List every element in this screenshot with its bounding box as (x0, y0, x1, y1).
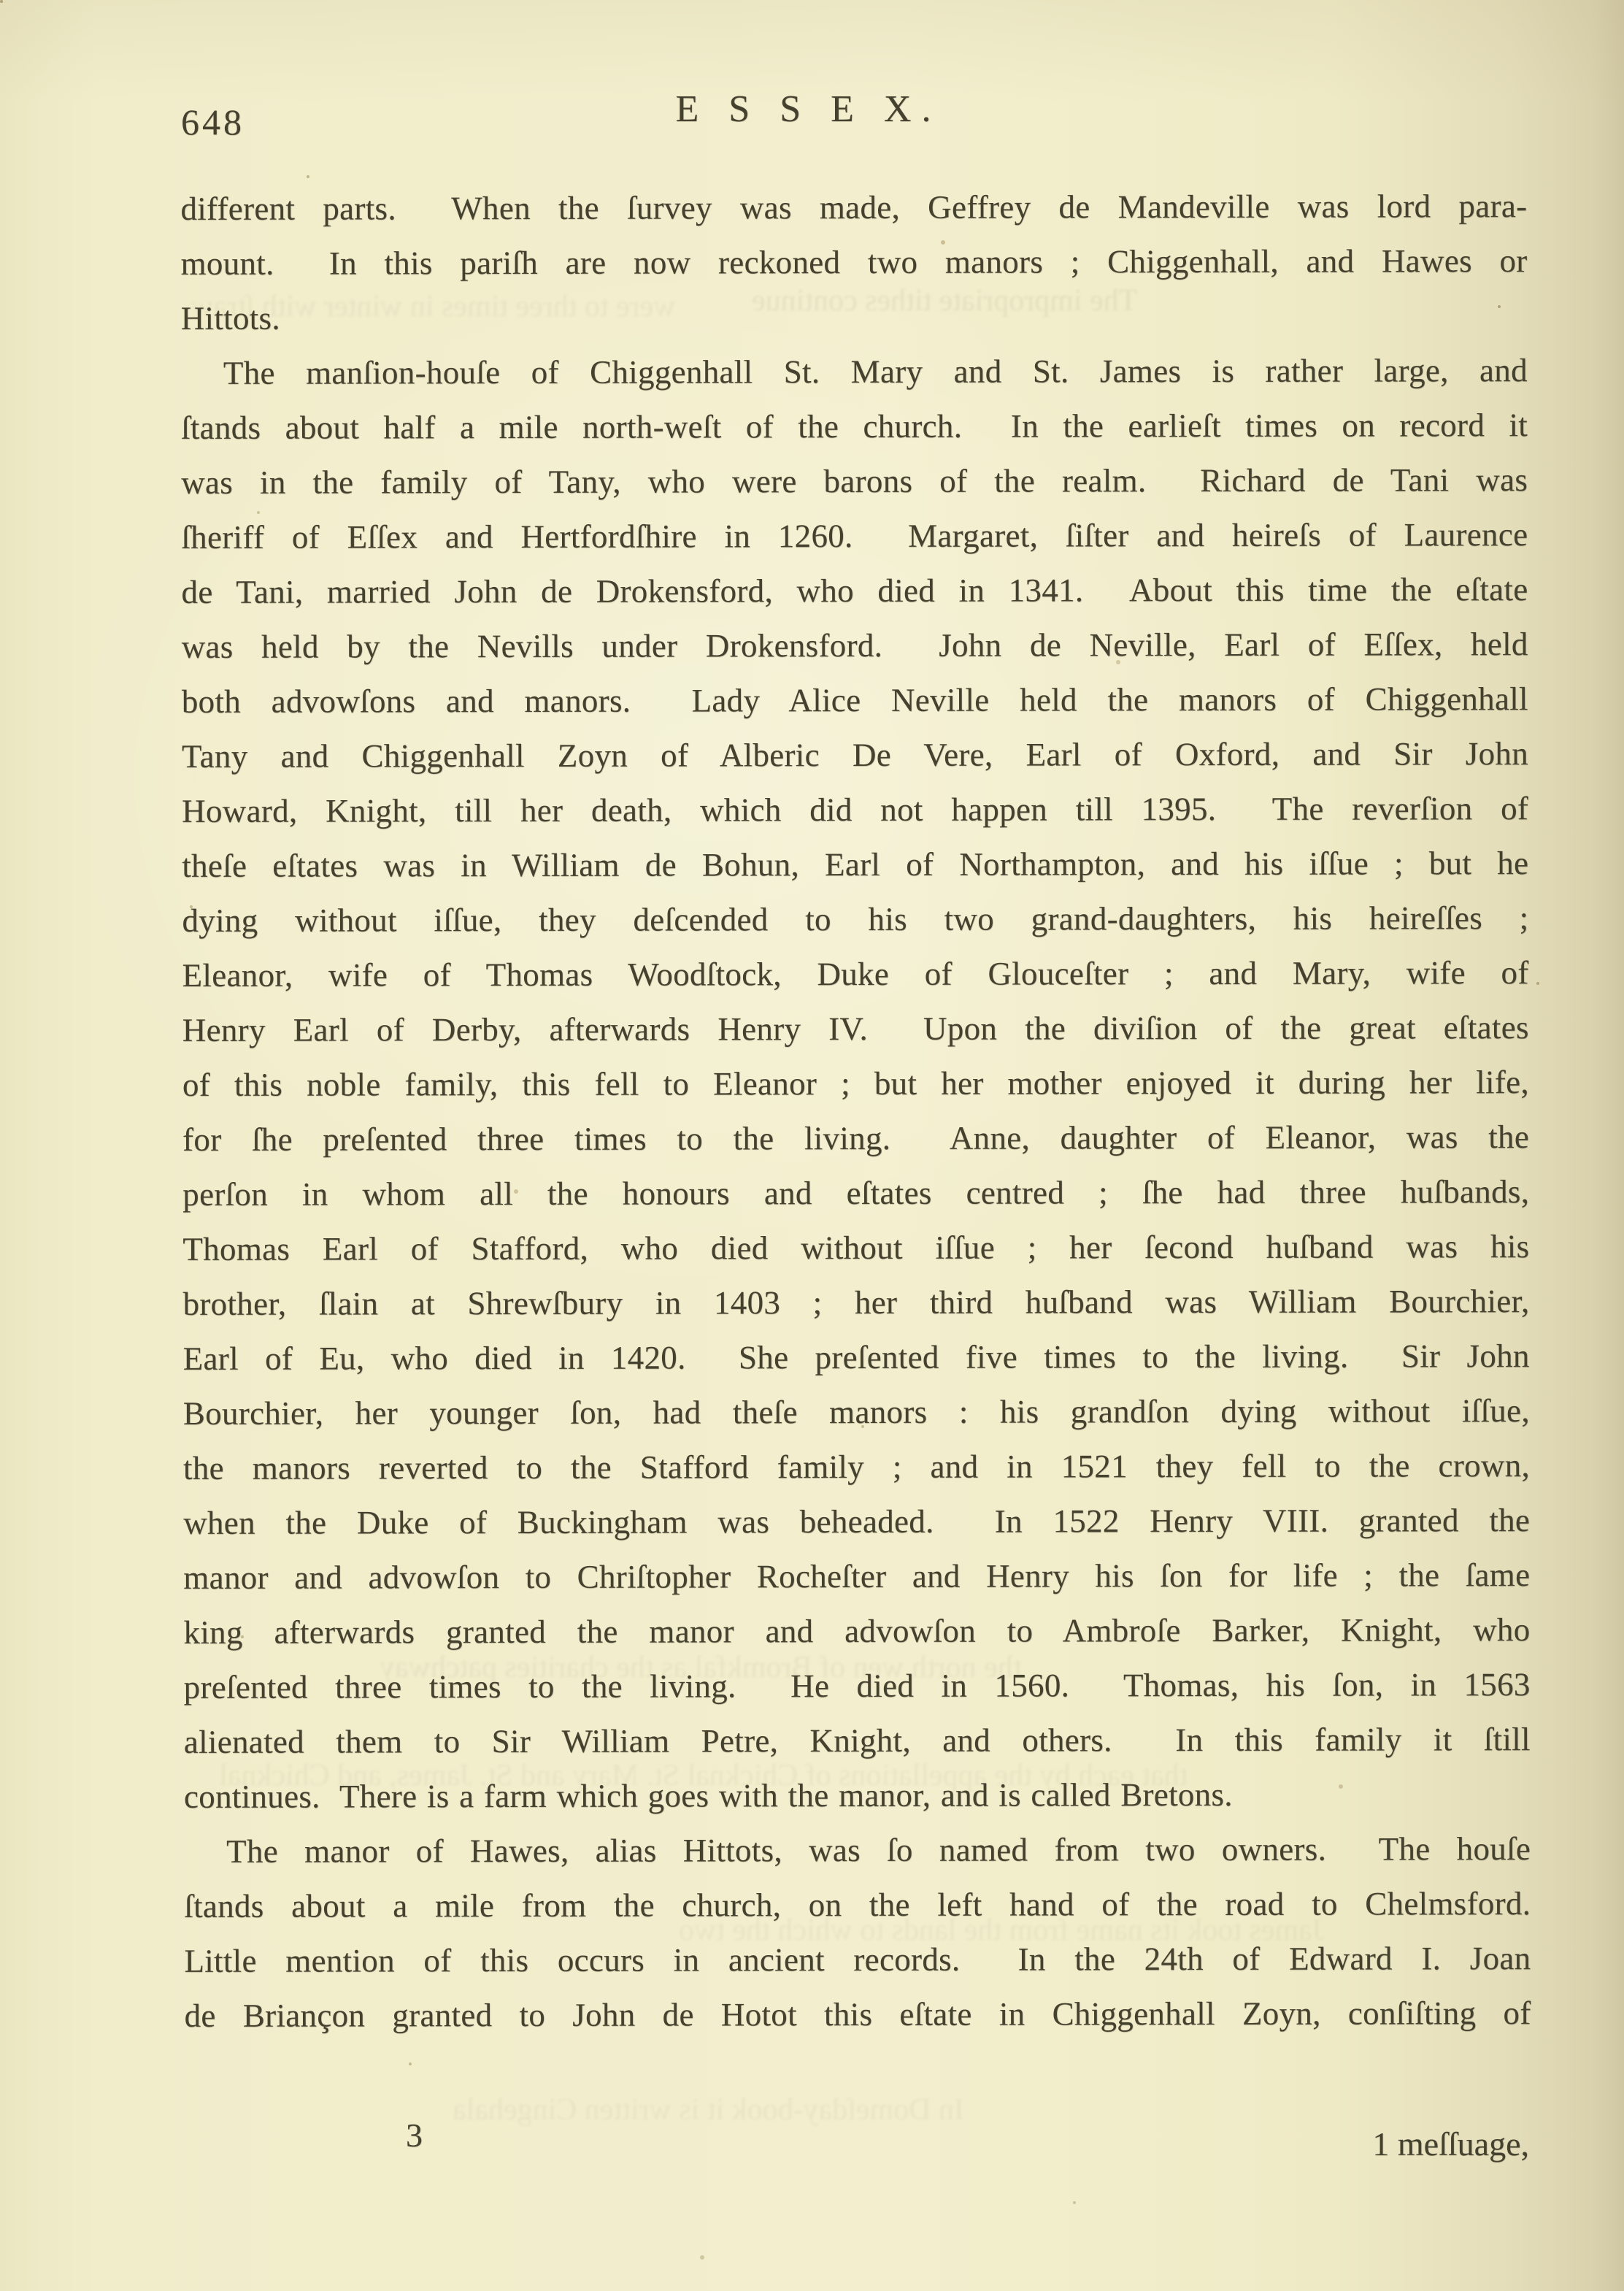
text-line: was held by the Nevills under Drokensfor… (182, 617, 1528, 675)
scanned-book-page: { "page": { "number": "648", "running_ti… (0, 0, 1624, 2291)
paragraph: The manſion-houſe of Chiggenhall St. Mar… (181, 343, 1531, 1824)
text-line: alienated them to Sir William Petre, Kni… (184, 1712, 1531, 1770)
text-line: both advowſons and manors. Lady Alice Ne… (182, 672, 1528, 729)
text-line: perſon in whom all the honours and eſtat… (182, 1164, 1529, 1222)
running-title: E S S E X. (0, 88, 1617, 131)
paragraph: different parts. When the ſurvey was mad… (180, 179, 1527, 346)
text-line: king afterwards granted the manor and ad… (183, 1603, 1530, 1660)
text-line: Hittots. (181, 288, 1528, 346)
text-line: ſtands about a mile from the church, on … (184, 1876, 1531, 1934)
text-line: the manors reverted to the Stafford fami… (183, 1438, 1530, 1496)
text-line: Little mention of this occurs in ancient… (184, 1931, 1531, 1989)
text-line: Thomas Earl of Stafford, who died withou… (182, 1219, 1529, 1277)
text-line: for ſhe preſented three times to the liv… (182, 1110, 1529, 1167)
text-line: of this noble family, this fell to Elean… (182, 1055, 1529, 1113)
text-line: continues. There is a farm which goes wi… (184, 1767, 1531, 1824)
text-line: different parts. When the ſurvey was mad… (180, 179, 1527, 237)
text-line: Henry Earl of Derby, afterwards Henry IV… (182, 1000, 1529, 1058)
text-line: Earl of Eu, who died in 1420. She preſen… (183, 1329, 1530, 1386)
text-line: when the Duke of Buckingham was beheaded… (183, 1493, 1530, 1551)
text-line: Howard, Knight, till her death, which di… (182, 781, 1528, 839)
text-line: The manor of Hawes, alias Hittots, was ſ… (184, 1822, 1531, 1879)
text-line: preſented three times to the living. He … (184, 1657, 1531, 1715)
text-line: Bourchier, her younger ſon, had theſe ma… (183, 1384, 1530, 1441)
text-line: was in the family of Tany, who were baro… (181, 453, 1528, 510)
text-line: Tany and Chiggenhall Zoyn of Alberic De … (182, 726, 1528, 784)
text-line: de Tani, married John de Drokensford, wh… (181, 562, 1528, 620)
text-line: brother, ſlain at Shrewſbury in 1403 ; h… (182, 1274, 1529, 1332)
text-line: The manſion-houſe of Chiggenhall St. Mar… (181, 343, 1528, 401)
paper-specks (0, 0, 3, 3)
paragraph: The manor of Hawes, alias Hittots, was ſ… (184, 1822, 1531, 2044)
text-line: manor and advowſon to Chriſtopher Rocheſ… (183, 1548, 1530, 1605)
catchword: 1 meſſuage, (182, 2125, 1529, 2163)
text-line: de Briançon granted to John de Hotot thi… (185, 1986, 1531, 2044)
text-line: dying without iſſue, they deſcended to h… (182, 891, 1528, 948)
text-line: theſe eſtates was in William de Bohun, E… (182, 836, 1528, 894)
text-line: Eleanor, wife of Thomas Woodſtock, Duke … (182, 945, 1529, 1003)
text-block: different parts. When the ſurvey was mad… (180, 179, 1531, 2044)
text-line: ſtands about half a mile north-weſt of t… (181, 398, 1528, 456)
text-line: ſheriff of Eſſex and Hertfordſhire in 12… (181, 507, 1528, 565)
text-line: mount. In this pariſh are now reckoned t… (180, 234, 1527, 291)
